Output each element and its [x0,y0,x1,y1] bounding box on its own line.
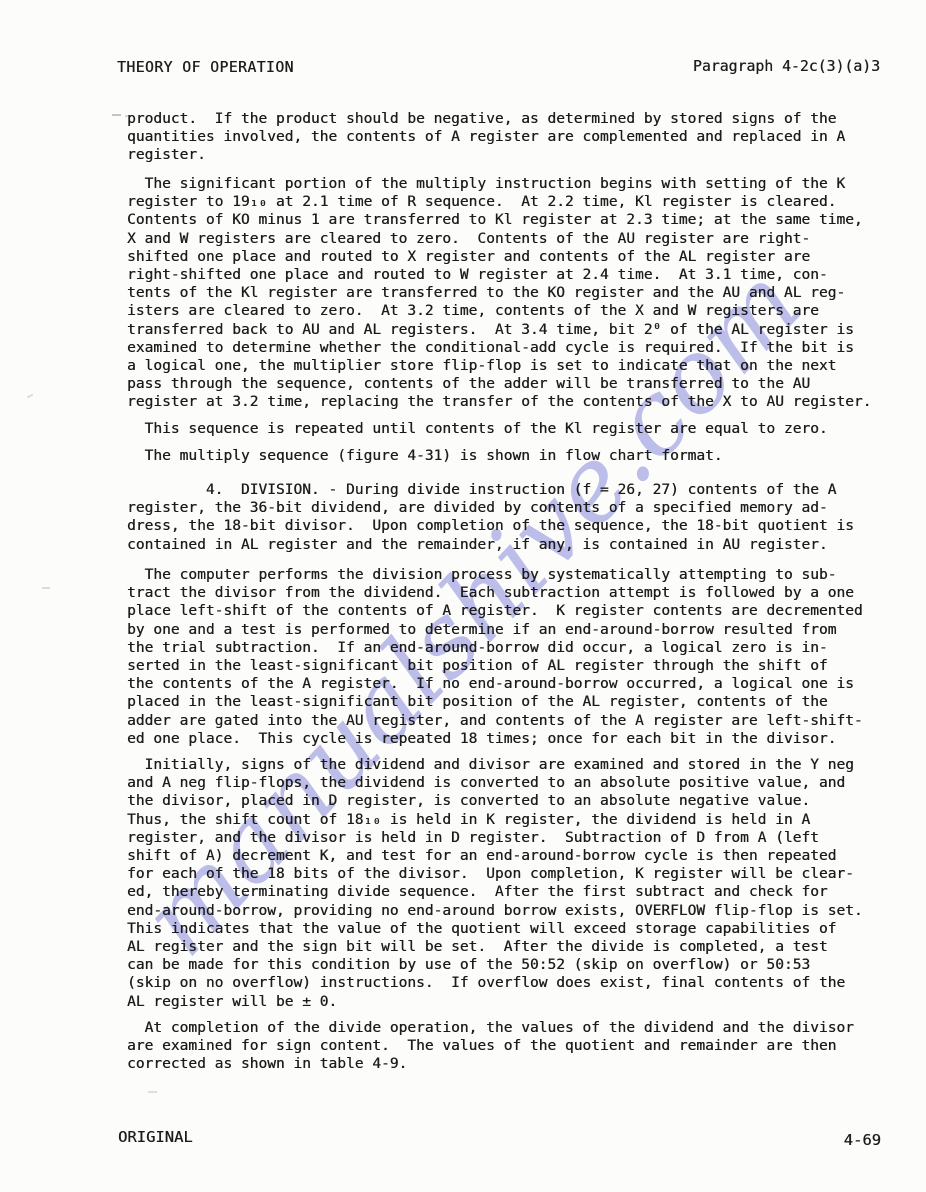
scan-artifact-mark [148,1091,157,1093]
footer-page-number: 4-69 [844,1131,881,1149]
scan-artifact-mark [42,587,50,589]
paragraph-product-sign-continuation: product. If the product should be negati… [127,110,845,165]
header-paragraph-reference: Paragraph 4-2c(3)(a)3 [693,58,880,75]
header-section-title: THEORY OF OPERATION [117,59,294,76]
paragraph-multiply-sequence: The significant portion of the multiply … [127,175,871,412]
paragraph-division-initial-setup: Initially, signs of the dividend and div… [127,756,863,1011]
scan-artifact-mark [125,115,128,117]
paragraph-division-intro: 4. DIVISION. - During divide instruction… [127,481,854,554]
paragraph-division-process: The computer performs the division proce… [127,566,863,748]
paragraph-division-completion: At completion of the divide operation, t… [127,1019,854,1074]
paragraph-multiply-flowchart-note: The multiply sequence (figure 4-31) is s… [127,447,723,465]
footer-edition-label: ORIGINAL [118,1128,193,1146]
scan-artifact-mark [112,114,121,116]
scan-artifact-mark [27,394,33,399]
scanned-manual-page: manualshive.com THEORY OF OPERATION Para… [0,0,926,1192]
paragraph-multiply-repeat-note: This sequence is repeated until contents… [127,420,828,438]
